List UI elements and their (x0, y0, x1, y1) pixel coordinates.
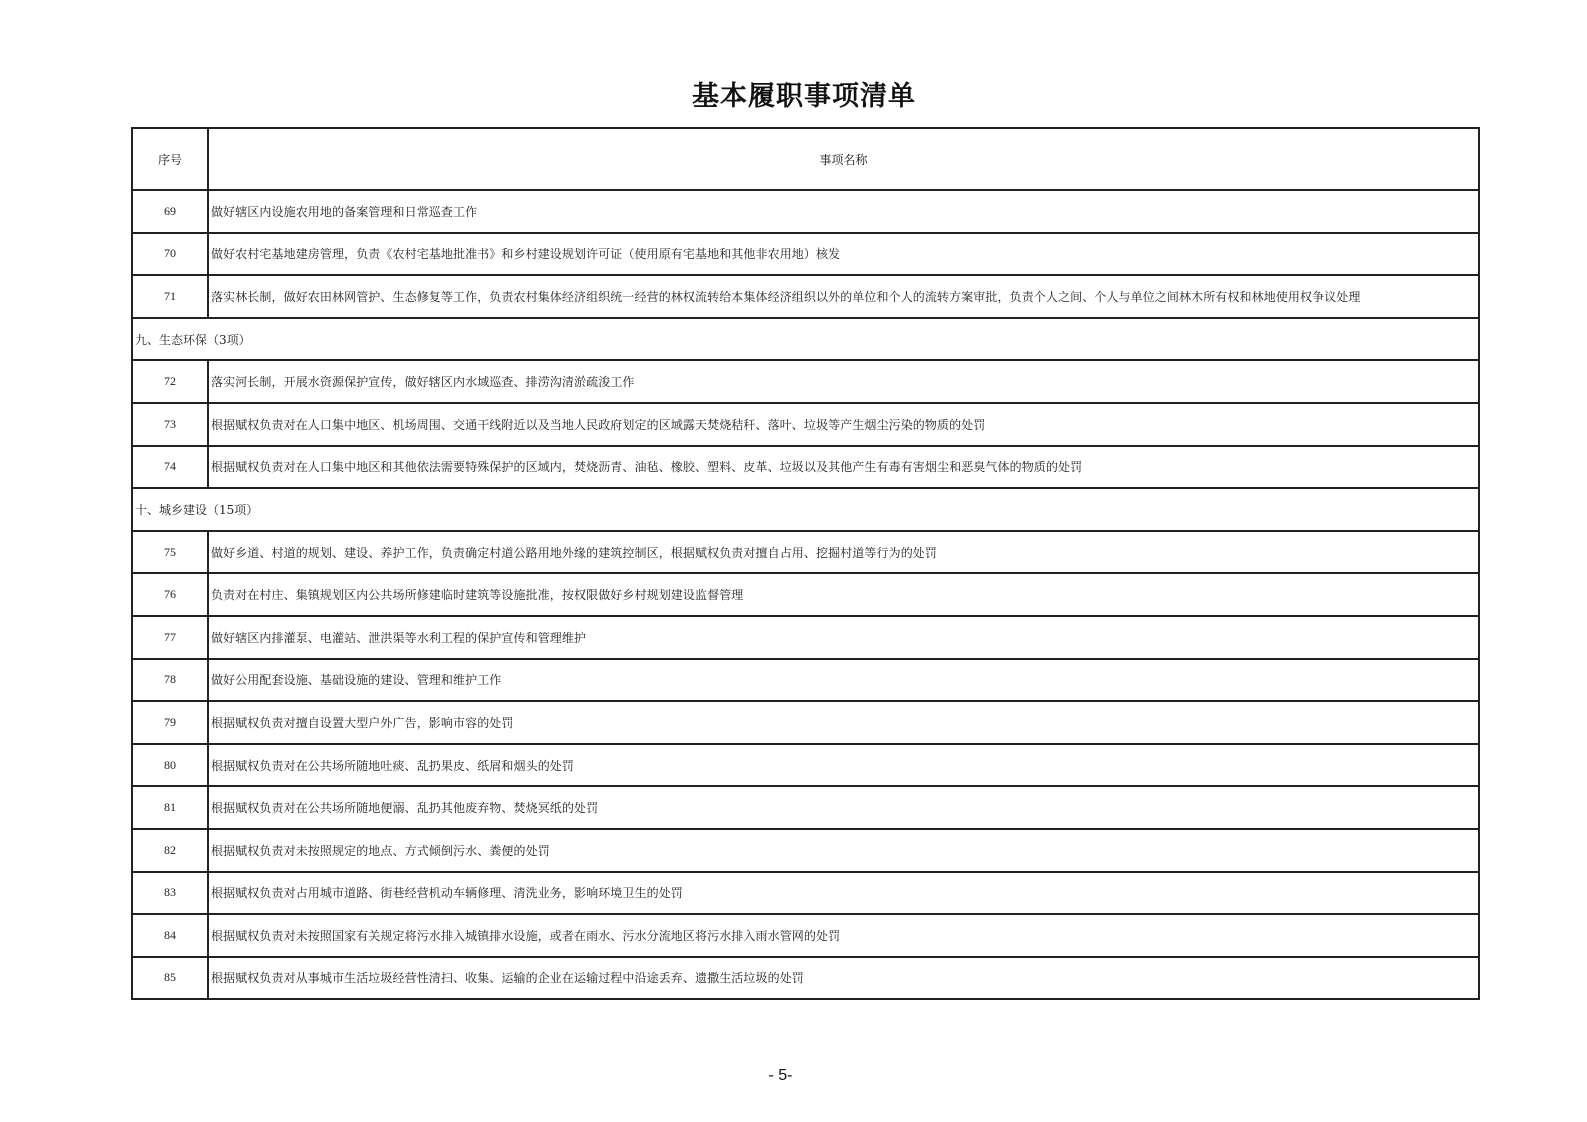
item-name: 落实林长制，做好农田林网管护、生态修复等工作，负责农村集体经济组织统一经营的林权… (208, 275, 1479, 318)
item-name: 根据赋权负责对在人口集中地区和其他依法需要特殊保护的区域内，焚烧沥青、油毡、橡胶… (208, 446, 1479, 489)
item-name: 落实河长制，开展水资源保护宣传，做好辖区内水域巡查、排涝沟清淤疏浚工作 (208, 360, 1479, 403)
item-number: 77 (132, 616, 208, 659)
table-row: 69 做好辖区内设施农用地的备案管理和日常巡查工作 (132, 190, 1479, 233)
item-number: 75 (132, 531, 208, 574)
item-number: 81 (132, 786, 208, 829)
table-row: 81 根据赋权负责对在公共场所随地便溺、乱扔其他废弃物、焚烧冥纸的处罚 (132, 786, 1479, 829)
section-header-row: 十、城乡建设（15项） (132, 488, 1479, 531)
page-title: 基本履职事项清单 (0, 74, 1587, 113)
item-number: 71 (132, 275, 208, 318)
item-name: 根据赋权负责对在人口集中地区、机场周围、交通干线附近以及当地人民政府划定的区域露… (208, 403, 1479, 446)
table-row: 85 根据赋权负责对从事城市生活垃圾经营性清扫、收集、运输的企业在运输过程中沿途… (132, 957, 1479, 1000)
item-name: 根据赋权负责对擅自设置大型户外广告，影响市容的处罚 (208, 701, 1479, 744)
item-number: 82 (132, 829, 208, 872)
section-label: 九、生态环保（3项） (132, 318, 1479, 361)
table-row: 75 做好乡道、村道的规划、建设、养护工作，负责确定村道公路用地外缘的建筑控制区… (132, 531, 1479, 574)
page-number: - 5- (0, 1067, 1561, 1085)
item-name: 根据赋权负责对未按照国家有关规定将污水排入城镇排水设施，或者在雨水、污水分流地区… (208, 914, 1479, 957)
table-row: 83 根据赋权负责对占用城市道路、街巷经营机动车辆修理、清洗业务，影响环境卫生的… (132, 872, 1479, 915)
item-name: 根据赋权负责对占用城市道路、街巷经营机动车辆修理、清洗业务，影响环境卫生的处罚 (208, 872, 1479, 915)
table-row: 80 根据赋权负责对在公共场所随地吐痰、乱扔果皮、纸屑和烟头的处罚 (132, 744, 1479, 787)
item-name: 根据赋权负责对未按照规定的地点、方式倾倒污水、粪便的处罚 (208, 829, 1479, 872)
table-row: 84 根据赋权负责对未按照国家有关规定将污水排入城镇排水设施，或者在雨水、污水分… (132, 914, 1479, 957)
item-number: 78 (132, 659, 208, 702)
table-header-row: 序号 事项名称 (132, 128, 1479, 190)
table-row: 82 根据赋权负责对未按照规定的地点、方式倾倒污水、粪便的处罚 (132, 829, 1479, 872)
table-row: 73 根据赋权负责对在人口集中地区、机场周围、交通干线附近以及当地人民政府划定的… (132, 403, 1479, 446)
item-name: 负责对在村庄、集镇规划区内公共场所修建临时建筑等设施批准，按权限做好乡村规划建设… (208, 573, 1479, 616)
table-row: 79 根据赋权负责对擅自设置大型户外广告，影响市容的处罚 (132, 701, 1479, 744)
item-number: 69 (132, 190, 208, 233)
duties-table: 序号 事项名称 69 做好辖区内设施农用地的备案管理和日常巡查工作 70 做好农… (131, 127, 1480, 1000)
table-row: 76 负责对在村庄、集镇规划区内公共场所修建临时建筑等设施批准，按权限做好乡村规… (132, 573, 1479, 616)
item-number: 76 (132, 573, 208, 616)
item-name: 做好辖区内排灌泵、电灌站、泄洪渠等水利工程的保护宣传和管理维护 (208, 616, 1479, 659)
item-number: 74 (132, 446, 208, 489)
item-number: 83 (132, 872, 208, 915)
column-header-name: 事项名称 (208, 128, 1479, 190)
table-row: 72 落实河长制，开展水资源保护宣传，做好辖区内水域巡查、排涝沟清淤疏浚工作 (132, 360, 1479, 403)
item-number: 85 (132, 957, 208, 1000)
item-number: 79 (132, 701, 208, 744)
item-number: 73 (132, 403, 208, 446)
table-row: 74 根据赋权负责对在人口集中地区和其他依法需要特殊保护的区域内，焚烧沥青、油毡… (132, 446, 1479, 489)
section-label: 十、城乡建设（15项） (132, 488, 1479, 531)
item-name: 做好农村宅基地建房管理，负责《农村宅基地批准书》和乡村建设规划许可证（使用原有宅… (208, 233, 1479, 276)
item-name: 做好辖区内设施农用地的备案管理和日常巡查工作 (208, 190, 1479, 233)
item-number: 84 (132, 914, 208, 957)
item-name: 根据赋权负责对在公共场所随地便溺、乱扔其他废弃物、焚烧冥纸的处罚 (208, 786, 1479, 829)
item-name: 做好乡道、村道的规划、建设、养护工作，负责确定村道公路用地外缘的建筑控制区，根据… (208, 531, 1479, 574)
table-row: 77 做好辖区内排灌泵、电灌站、泄洪渠等水利工程的保护宣传和管理维护 (132, 616, 1479, 659)
table-row: 71 落实林长制，做好农田林网管护、生态修复等工作，负责农村集体经济组织统一经营… (132, 275, 1479, 318)
item-name: 根据赋权负责对在公共场所随地吐痰、乱扔果皮、纸屑和烟头的处罚 (208, 744, 1479, 787)
item-number: 70 (132, 233, 208, 276)
table-row: 78 做好公用配套设施、基础设施的建设、管理和维护工作 (132, 659, 1479, 702)
table-row: 70 做好农村宅基地建房管理，负责《农村宅基地批准书》和乡村建设规划许可证（使用… (132, 233, 1479, 276)
item-number: 72 (132, 360, 208, 403)
item-number: 80 (132, 744, 208, 787)
column-header-number: 序号 (132, 128, 208, 190)
item-name: 根据赋权负责对从事城市生活垃圾经营性清扫、收集、运输的企业在运输过程中沿途丢弃、… (208, 957, 1479, 1000)
section-header-row: 九、生态环保（3项） (132, 318, 1479, 361)
item-name: 做好公用配套设施、基础设施的建设、管理和维护工作 (208, 659, 1479, 702)
